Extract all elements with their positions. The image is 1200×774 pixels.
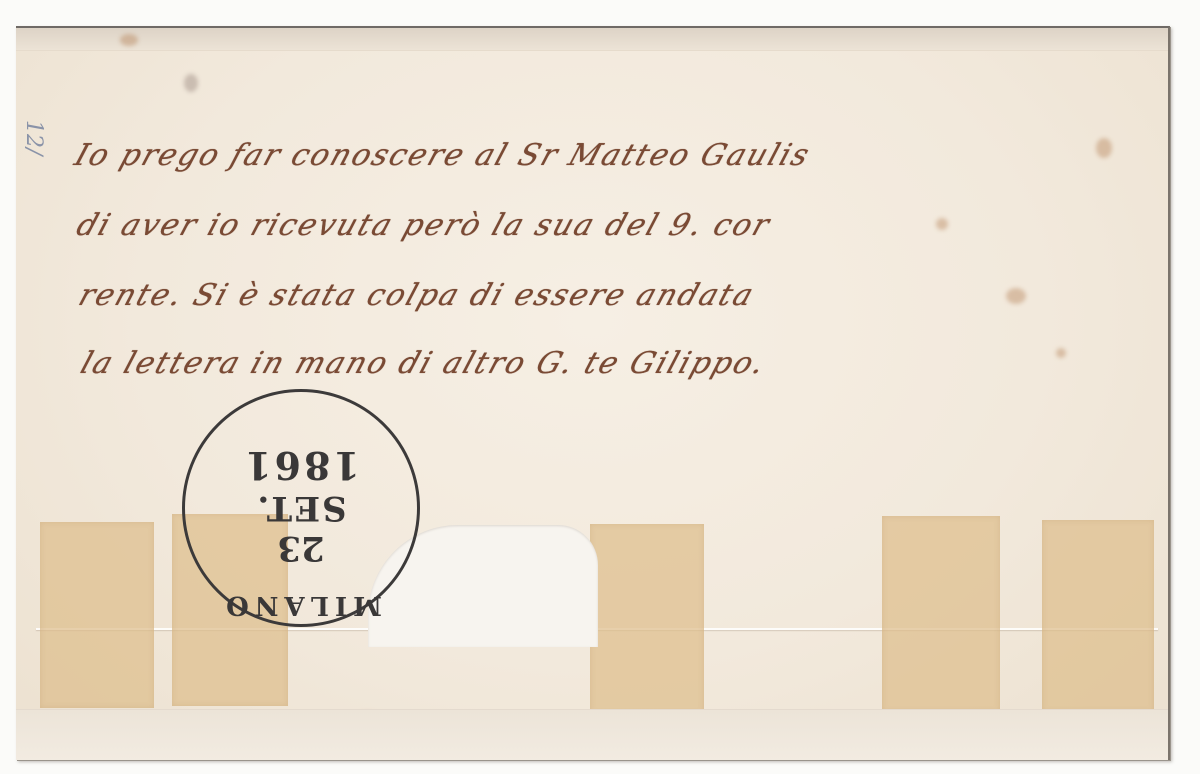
postmark-month: SET. xyxy=(185,488,417,528)
handwriting-line-1: Io prego far conoscere al Sr Matteo Gaul… xyxy=(70,138,815,173)
stain xyxy=(1096,138,1112,158)
bottom-fold-edge xyxy=(16,709,1168,760)
postmark-year: 1861 xyxy=(185,443,417,488)
tape-strip xyxy=(40,522,154,708)
handwriting-line-2: di aver io ricevuta però la sua del 9. c… xyxy=(72,208,775,243)
tape-strip xyxy=(1042,520,1154,712)
stain xyxy=(120,34,138,46)
tape-strip xyxy=(590,524,704,714)
postmark-day: 23 xyxy=(185,528,417,568)
stain xyxy=(1006,288,1026,304)
pencil-annotation: 12/ xyxy=(21,120,46,155)
handwriting-line-3: rente. Si è stata colpa di essere andata xyxy=(74,278,759,313)
postmark-city: MILANO xyxy=(185,590,417,620)
handwriting-line-4: la lettera in mano di altro G. te Gilipp… xyxy=(76,346,770,381)
postmark-stamp: MILANO 23 SET. 1861 xyxy=(182,389,420,627)
letter-sheet: 12/ Io prego far conoscere al Sr Matteo … xyxy=(16,26,1170,760)
stain xyxy=(936,218,948,230)
stain xyxy=(184,74,198,92)
tape-strip xyxy=(882,516,1000,712)
stain xyxy=(1056,348,1066,358)
top-fold-edge xyxy=(16,28,1168,51)
